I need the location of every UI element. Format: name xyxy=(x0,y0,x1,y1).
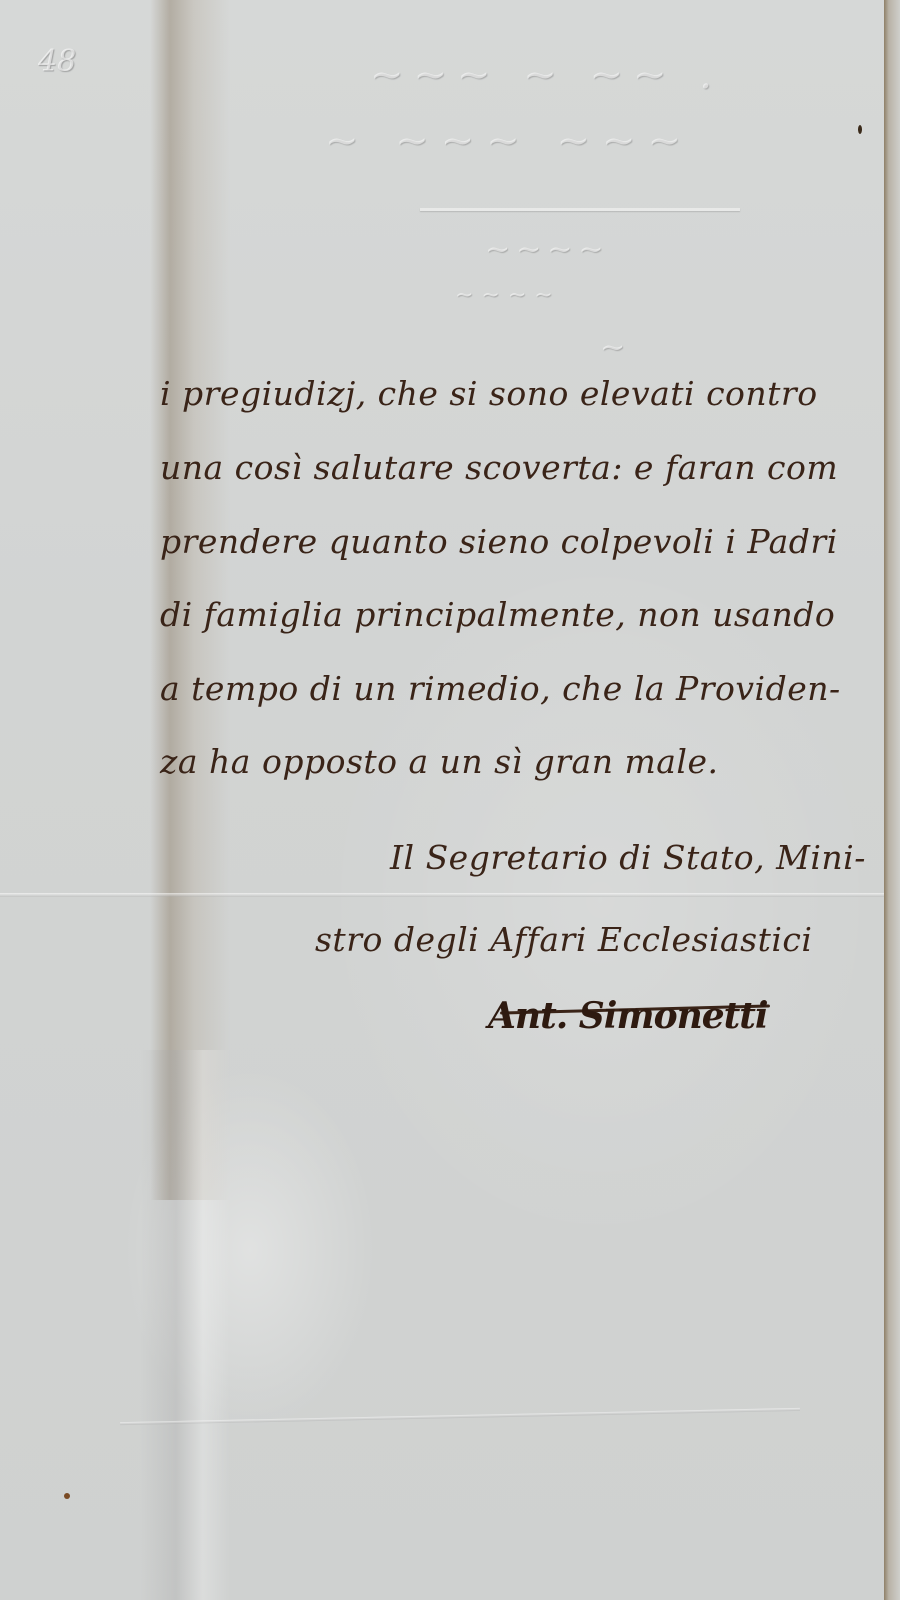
page-number-mark: 48 xyxy=(38,44,76,79)
body-line: prendere quanto sieno colpevoli i Padri xyxy=(160,522,838,561)
embossed-showthrough-line: ~~~~ xyxy=(455,283,561,308)
horizontal-crease xyxy=(0,893,884,897)
edge-mark xyxy=(858,125,862,134)
foxing-spot xyxy=(64,1493,70,1499)
closing-title-line: Il Segretario di Stato, Mini- xyxy=(390,838,866,877)
embossed-showthrough-line: ~ ~~~ ~~~ xyxy=(325,118,693,164)
signature: Ant. Simonetti xyxy=(488,995,768,1037)
embossed-showthrough-line: ~~~~ xyxy=(485,232,610,267)
document-page: 48 ~~~ ~ ~~ . ~ ~~~ ~~~ ~~~~ ~~~~ ~ i pr… xyxy=(0,0,900,1600)
body-line: a tempo di un rimedio, che la Providen- xyxy=(160,669,841,708)
embossed-showthrough-line: ~ xyxy=(600,330,625,365)
left-fold-crumple xyxy=(140,1050,230,1600)
right-page-edge xyxy=(884,0,900,1600)
embossed-showthrough-line: ~~~ ~ ~~ . xyxy=(370,52,722,98)
closing-title-line: stro degli Affari Ecclesiastici xyxy=(315,920,812,959)
body-line: di famiglia principalmente, non usando xyxy=(160,595,835,634)
body-line: una così salutare scoverta: e faran com xyxy=(160,448,838,487)
embossed-rule xyxy=(420,208,740,211)
body-line: za ha opposto a un sì gran male. xyxy=(160,742,719,781)
body-line: i pregiudizj, che si sono elevati contro xyxy=(160,374,818,413)
